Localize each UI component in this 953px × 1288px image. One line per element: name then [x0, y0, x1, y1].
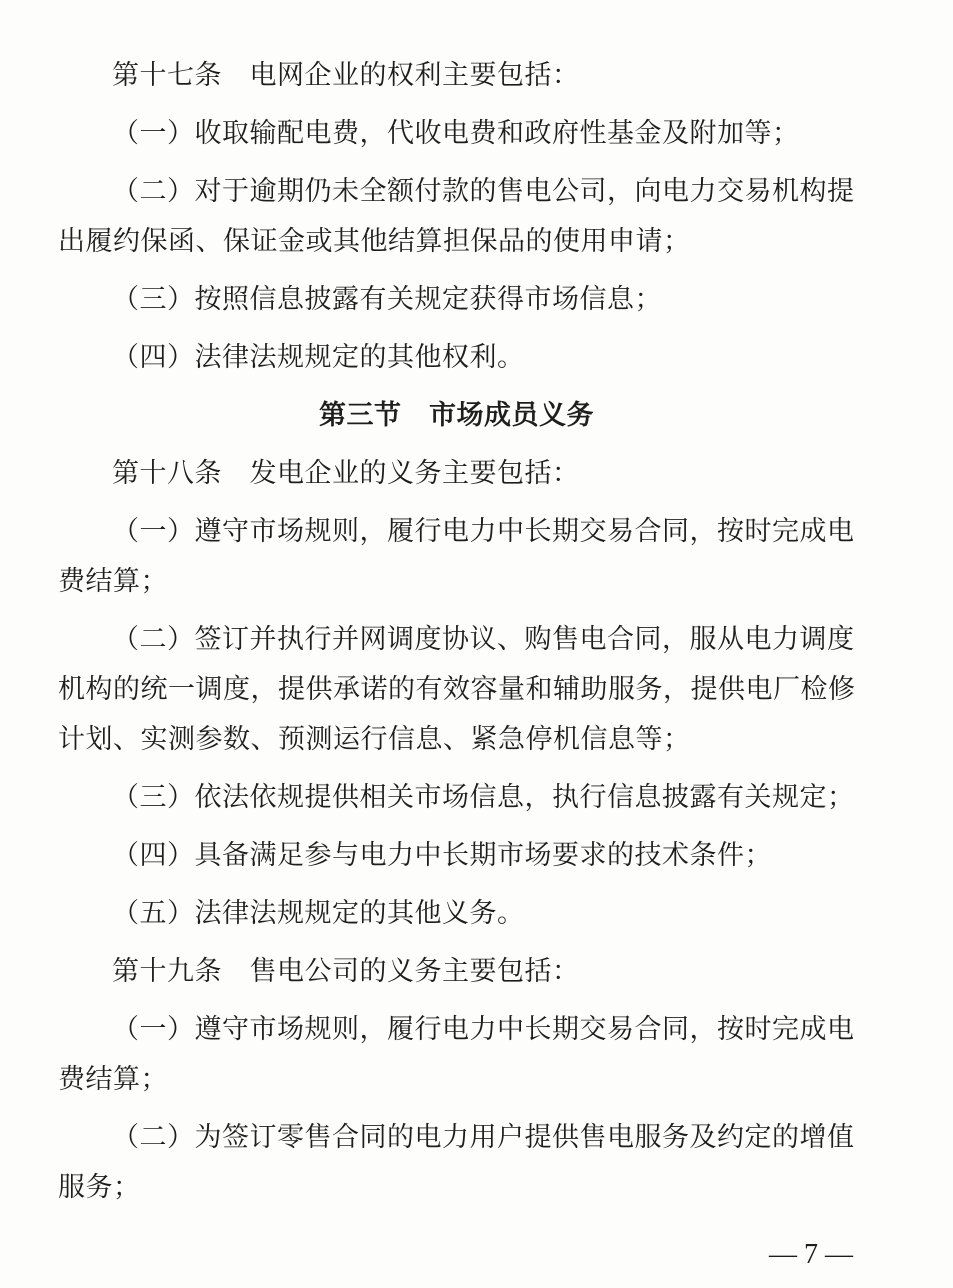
article-18-item-2: （二）签订并执行并网调度协议、购售电合同，服从电力调度: [58, 614, 855, 664]
document-body: 第十七条 电网企业的权利主要包括： （一）收取输配电费，代收电费和政府性基金及附…: [58, 50, 855, 1212]
article-18-item-2-cont-1: 机构的统一调度，提供承诺的有效容量和辅助服务，提供电厂检修: [58, 664, 855, 714]
article-19-item-2: （二）为签订零售合同的电力用户提供售电服务及约定的增值: [58, 1112, 855, 1162]
article-17-item-1: （一）收取输配电费，代收电费和政府性基金及附加等；: [58, 108, 855, 158]
article-19-item-2-cont: 服务；: [58, 1162, 855, 1212]
article-18-item-4: （四）具备满足参与电力中长期市场要求的技术条件；: [58, 830, 855, 880]
article-18-item-1: （一）遵守市场规则，履行电力中长期交易合同，按时完成电: [58, 506, 855, 556]
article-17-item-2: （二）对于逾期仍未全额付款的售电公司，向电力交易机构提: [58, 166, 855, 216]
article-18-heading: 第十八条 发电企业的义务主要包括：: [58, 448, 855, 498]
page-number: — 7 —: [769, 1238, 853, 1272]
article-17-item-3: （三）按照信息披露有关规定获得市场信息；: [58, 274, 855, 324]
article-17-item-4: （四）法律法规规定的其他权利。: [58, 332, 855, 382]
article-19-item-1: （一）遵守市场规则，履行电力中长期交易合同，按时完成电: [58, 1004, 855, 1054]
article-18-item-3: （三）依法依规提供相关市场信息，执行信息披露有关规定；: [58, 772, 855, 822]
section-3-heading: 第三节 市场成员义务: [58, 390, 855, 440]
article-19-heading: 第十九条 售电公司的义务主要包括：: [58, 946, 855, 996]
article-18-item-2-cont-2: 计划、实测参数、预测运行信息、紧急停机信息等；: [58, 714, 855, 764]
article-18-item-1-cont: 费结算；: [58, 556, 855, 606]
scanned-document-page: 第十七条 电网企业的权利主要包括： （一）收取输配电费，代收电费和政府性基金及附…: [0, 0, 953, 1288]
article-19-item-1-cont: 费结算；: [58, 1054, 855, 1104]
article-18-item-5: （五）法律法规规定的其他义务。: [58, 888, 855, 938]
article-17-heading: 第十七条 电网企业的权利主要包括：: [58, 50, 855, 100]
article-17-item-2-cont: 出履约保函、保证金或其他结算担保品的使用申请；: [58, 216, 855, 266]
